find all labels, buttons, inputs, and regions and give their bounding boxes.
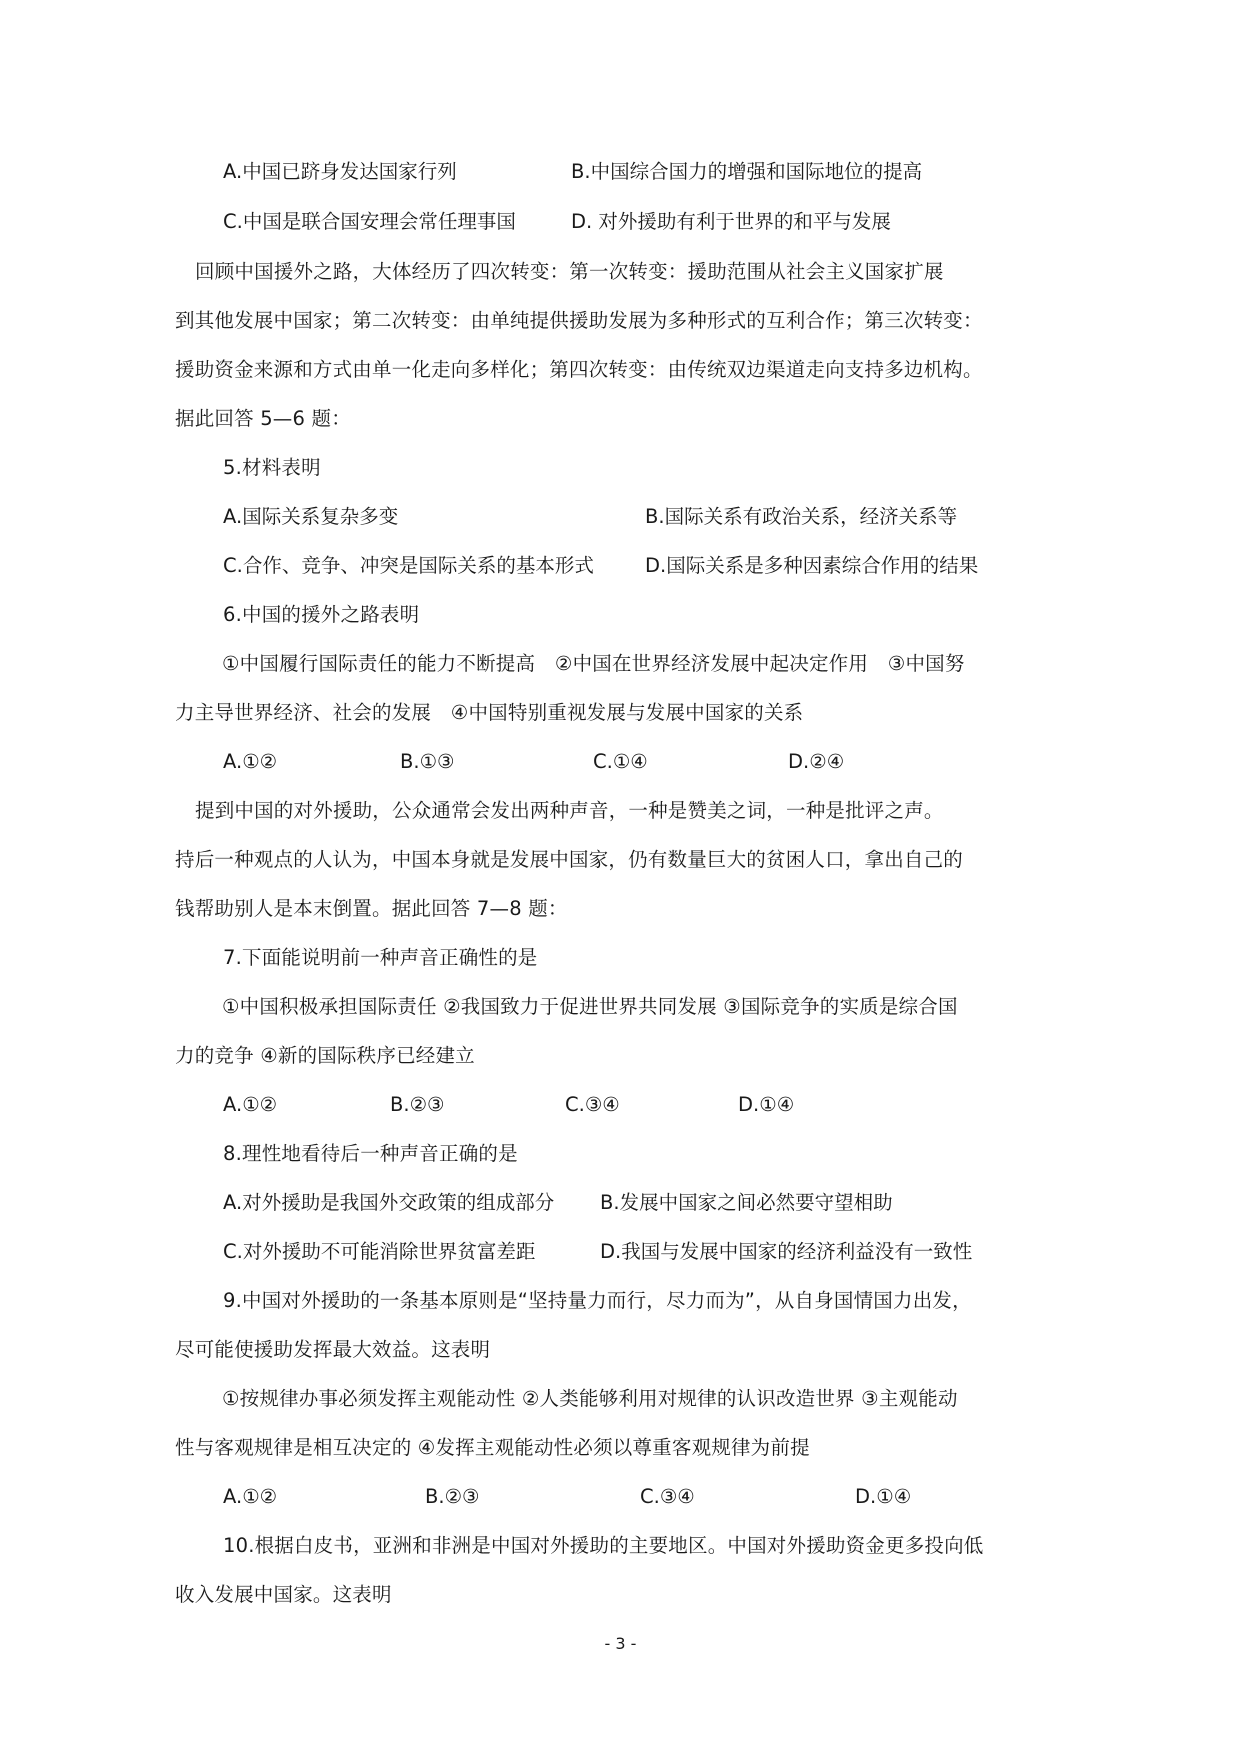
q4-option-a: A.中国已跻身发达国家行列 [223, 160, 457, 184]
material-7-8-line-1: 提到中国的对外援助，公众通常会发出两种声音，一种是赞美之词，一种是批评之声。 [195, 799, 944, 823]
q9-stem-line-2: 尽可能使援助发挥最大效益。这表明 [175, 1338, 490, 1362]
q6-option-b: B.①③ [400, 750, 455, 774]
q6-stem: 6.中国的援外之路表明 [223, 603, 419, 627]
q4-option-d: D. 对外援助有利于世界的和平与发展 [571, 210, 891, 234]
material-7-8-line-2: 持后一种观点的人认为，中国本身就是发展中国家，仍有数量巨大的贫困人口，拿出自己的 [175, 848, 963, 872]
q8-option-c: C.对外援助不可能消除世界贫富差距 [223, 1240, 535, 1264]
material-5-6-line-1: 回顾中国援外之路，大体经历了四次转变：第一次转变：援助范围从社会主义国家扩展 [195, 260, 944, 284]
q7-stem: 7.下面能说明前一种声音正确性的是 [223, 946, 538, 970]
q10-stem-line-1: 10.根据白皮书，亚洲和非洲是中国对外援助的主要地区。中国对外援助资金更多投向低 [223, 1534, 984, 1558]
q9-statements-line-1: ①按规律办事必须发挥主观能动性 ②人类能够利用对规律的认识改造世界 ③主观能动 [222, 1387, 958, 1411]
material-5-6-line-3: 援助资金来源和方式由单一化走向多样化；第四次转变：由传统双边渠道走向支持多边机构… [175, 358, 983, 382]
q5-option-c: C.合作、竞争、冲突是国际关系的基本形式 [223, 554, 594, 578]
q7-option-c: C.③④ [565, 1093, 620, 1117]
q4-option-c: C.中国是联合国安理会常任理事国 [223, 210, 516, 234]
q5-option-d: D.国际关系是多种因素综合作用的结果 [645, 554, 978, 578]
q4-option-b: B.中国综合国力的增强和国际地位的提高 [571, 160, 922, 184]
q8-option-b: B.发展中国家之间必然要守望相助 [600, 1191, 893, 1215]
q7-option-b: B.②③ [390, 1093, 445, 1117]
q5-option-b: B.国际关系有政治关系，经济关系等 [645, 505, 957, 529]
q8-option-a: A.对外援助是我国外交政策的组成部分 [223, 1191, 554, 1215]
material-7-8-line-3: 钱帮助别人是本末倒置。据此回答 7—8 题： [175, 897, 568, 921]
q9-option-b: B.②③ [425, 1485, 480, 1509]
q9-option-d: D.①④ [855, 1485, 911, 1509]
q9-statements-line-2: 性与客观规律是相互决定的 ④发挥主观能动性必须以尊重客观规律为前提 [175, 1436, 810, 1460]
q10-stem-line-2: 收入发展中国家。这表明 [175, 1583, 392, 1607]
material-5-6-line-4: 据此回答 5—6 题： [175, 407, 351, 431]
q6-option-d: D.②④ [788, 750, 844, 774]
q6-option-c: C.①④ [593, 750, 648, 774]
q6-option-a: A.①② [223, 750, 277, 774]
q8-option-d: D.我国与发展中国家的经济利益没有一致性 [600, 1240, 972, 1264]
q8-stem: 8.理性地看待后一种声音正确的是 [223, 1142, 518, 1166]
q7-option-a: A.①② [223, 1093, 277, 1117]
document-page: A.中国已跻身发达国家行列 B.中国综合国力的增强和国际地位的提高 C.中国是联… [0, 0, 1241, 1754]
q7-statements-line-2: 力的竞争 ④新的国际秩序已经建立 [175, 1044, 475, 1068]
q7-option-d: D.①④ [738, 1093, 794, 1117]
q6-statements-line-2: 力主导世界经济、社会的发展 ④中国特别重视发展与发展中国家的关系 [175, 701, 803, 725]
q9-stem-line-1: 9.中国对外援助的一条基本原则是“坚持量力而行，尽力而为”，从自身国情国力出发， [223, 1289, 972, 1313]
q9-option-a: A.①② [223, 1485, 277, 1509]
q5-stem: 5.材料表明 [223, 456, 321, 480]
q7-statements-line-1: ①中国积极承担国际责任 ②我国致力于促进世界共同发展 ③国际竞争的实质是综合国 [222, 995, 958, 1019]
q6-statements-line-1: ①中国履行国际责任的能力不断提高 ②中国在世界经济发展中起决定作用 ③中国努 [222, 652, 965, 676]
page-number: - 3 - [0, 1634, 1241, 1653]
q5-option-a: A.国际关系复杂多变 [223, 505, 398, 529]
material-5-6-line-2: 到其他发展中国家；第二次转变：由单纯提供援助发展为多种形式的互利合作；第三次转变… [175, 309, 983, 333]
q9-option-c: C.③④ [640, 1485, 695, 1509]
